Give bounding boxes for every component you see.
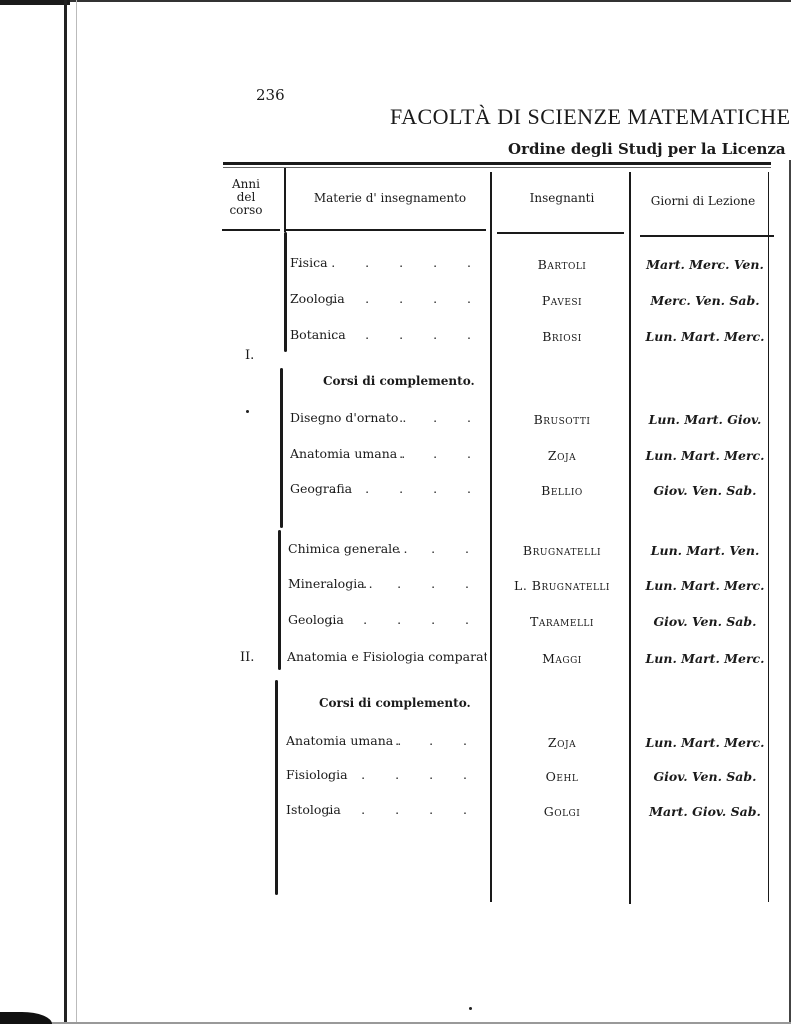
lesson-days: Lun. Mart. Merc. — [640, 329, 770, 344]
subject: Botanica. . . . . — [290, 327, 486, 342]
subject: Geografia. . . . . — [290, 481, 486, 496]
teacher: Zoja — [497, 448, 627, 463]
lesson-days: Giov. Ven. Sab. — [640, 483, 770, 498]
table-row: Chimica generale .. . . Brugnatelli Lun.… — [0, 541, 791, 561]
subject: Chimica generale .. . . — [288, 541, 484, 556]
table-row: Geologia. . . . . Taramelli Giov. Ven. S… — [0, 612, 791, 632]
column-divider-3 — [629, 172, 631, 904]
table-row: Fisica. . . . . . Bartoli Mart. Merc. Ve… — [0, 255, 791, 275]
table-row: Anatomia umana .. . . Zoja Lun. Mart. Me… — [0, 446, 791, 466]
subject: Fisica. . . . . . — [290, 255, 486, 270]
header-anni-del-corso: Anni del corso — [222, 178, 270, 217]
lesson-days: Lun. Mart. Merc. — [640, 735, 770, 750]
binding-gutter-line-thin — [76, 0, 77, 1024]
lesson-days: Merc. Ven. Sab. — [640, 293, 770, 308]
column-divider-1-header — [284, 168, 286, 232]
teacher: Oehl — [497, 769, 627, 784]
page-subtitle: Ordine degli Studj per la Licenza — [508, 140, 786, 158]
header-insegnanti: Insegnanti — [497, 192, 627, 205]
subject: Fisiologia. . . . . — [286, 767, 482, 782]
scan-edge-top — [0, 0, 70, 5]
teacher: Maggi — [497, 651, 627, 666]
header-underline-giorni — [640, 235, 774, 237]
subject: Zoologia. . . . . — [290, 291, 486, 306]
teacher: Brugnatelli — [497, 543, 627, 558]
lesson-days: Mart. Giov. Sab. — [640, 804, 770, 819]
teacher: Bartoli — [497, 257, 627, 272]
subject: Disegno d'ornato .. . . — [290, 410, 486, 425]
subject: Anatomia umana .. . . — [286, 733, 482, 748]
teacher: Briosi — [497, 329, 627, 344]
teacher: L. Brugnatelli — [497, 578, 627, 593]
teacher: Zoja — [497, 735, 627, 750]
section-heading-complemento-1: Corsi di complemento. — [323, 374, 475, 388]
subject: Geologia. . . . . — [288, 612, 484, 627]
lesson-days: Giov. Ven. Sab. — [640, 614, 770, 629]
teacher: Golgi — [497, 804, 627, 819]
teacher: Pavesi — [497, 293, 627, 308]
subject: Anatomia e Fisiologia comparate — [287, 649, 487, 664]
lesson-days: Lun. Mart. Merc. — [640, 578, 770, 593]
year-label-1: I. — [245, 348, 254, 363]
header-underline-insegnanti — [497, 232, 624, 234]
header-underline-materie — [286, 229, 486, 231]
header-giorni: Giorni di Lezione — [633, 195, 773, 208]
binding-gutter-line — [64, 0, 67, 1024]
header-materie: Materie d' insegnamento — [290, 192, 490, 205]
table-row: Geografia. . . . . Bellio Giov. Ven. Sab… — [0, 481, 791, 501]
table-row: Disegno d'ornato .. . . Brusotti Lun. Ma… — [0, 410, 791, 430]
page-number: 236 — [256, 86, 285, 104]
lesson-days: Lun. Mart. Merc. — [640, 448, 770, 463]
table-row: Istologia. . . . . Golgi Mart. Giov. Sab… — [0, 802, 791, 822]
column-divider-right — [768, 172, 769, 902]
table-row: Zoologia. . . . . Pavesi Merc. Ven. Sab. — [0, 291, 791, 311]
lesson-days: Mart. Merc. Ven. — [640, 257, 770, 272]
subject: Istologia. . . . . — [286, 802, 482, 817]
subject: Mineralogia .. . . . — [288, 576, 484, 591]
subject: Anatomia umana .. . . — [290, 446, 486, 461]
table-row: Anatomia umana .. . . Zoja Lun. Mart. Me… — [0, 733, 791, 753]
teacher: Brusotti — [497, 412, 627, 427]
table-top-rule-thin — [223, 167, 771, 168]
lesson-days: Lun. Mart. Ven. — [640, 543, 770, 558]
lesson-days: Giov. Ven. Sab. — [640, 769, 770, 784]
table-row: Mineralogia .. . . . L. Brugnatelli Lun.… — [0, 576, 791, 596]
table-row: Fisiologia. . . . . Oehl Giov. Ven. Sab. — [0, 767, 791, 787]
table-row: Botanica. . . . . Briosi Lun. Mart. Merc… — [0, 327, 791, 347]
table-top-rule — [223, 162, 771, 165]
section-heading-complemento-2: Corsi di complemento. — [319, 696, 471, 710]
page-title: FACOLTÀ DI SCIENZE MATEMATICHE — [390, 104, 791, 130]
table-row: Anatomia e Fisiologia comparate Maggi Lu… — [0, 649, 791, 669]
scan-bottom-blot — [0, 1012, 52, 1024]
header-underline-anni — [222, 229, 280, 231]
teacher: Bellio — [497, 483, 627, 498]
year-2-brace-bottom — [275, 680, 278, 895]
lesson-days: Lun. Mart. Merc. — [640, 651, 770, 666]
column-divider-2 — [490, 172, 492, 902]
teacher: Taramelli — [497, 614, 627, 629]
ink-speck — [469, 1007, 472, 1010]
lesson-days: Lun. Mart. Giov. — [640, 412, 770, 427]
scan-edge-top-line — [70, 0, 791, 2]
